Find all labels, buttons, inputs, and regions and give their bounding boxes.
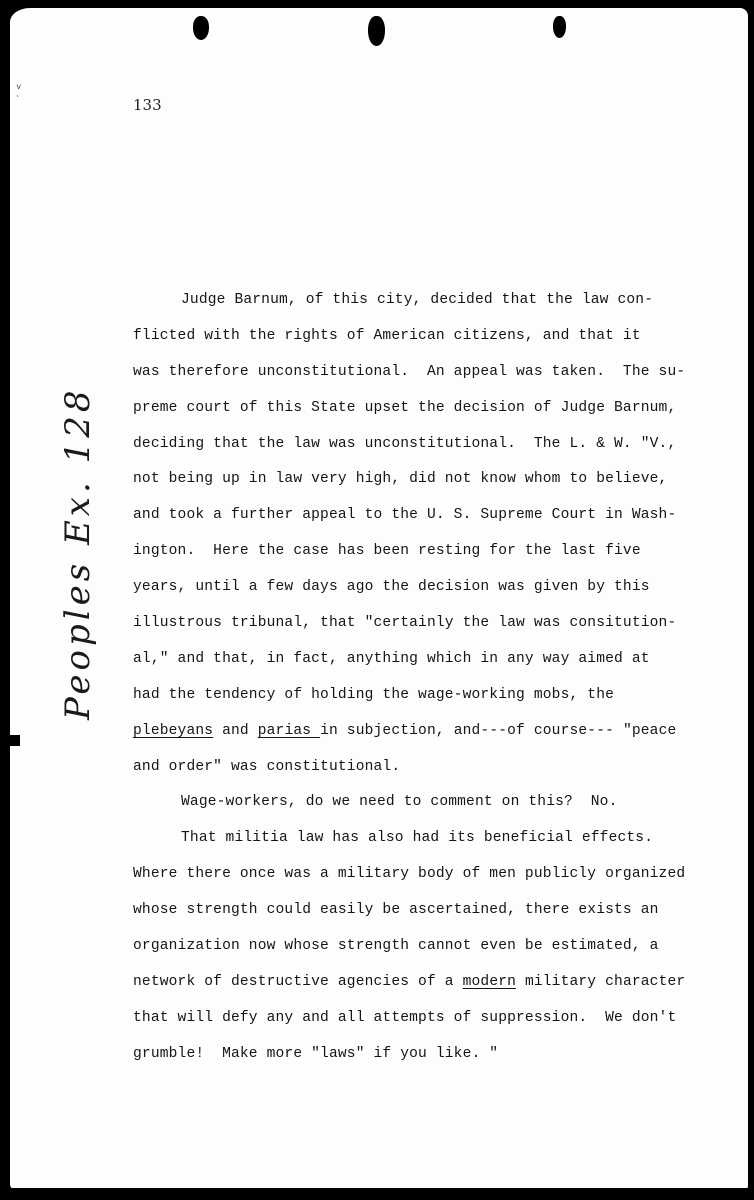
text-line: was therefore unconstitutional. An appea… [133,359,723,395]
typed-body-text: Judge Barnum, of this city, decided that… [133,287,723,1077]
scan-speck: ˅˴ [16,84,21,100]
scan-bottom-edge [0,1188,754,1200]
punch-hole-left [193,16,209,40]
text-line: al," and that, in fact, anything which i… [133,646,723,682]
text-line: years, until a few days ago the decision… [133,574,723,610]
underlined-word: plebeyans [133,723,213,739]
text-segment: and [213,723,258,739]
text-line: and order" was constitutional. [133,754,723,790]
text-segment: in subjection, and---of course--- "peace [320,723,676,739]
text-line: Where there once was a military body of … [133,861,723,897]
text-line: flicted with the rights of American citi… [133,323,723,359]
text-line: that will defy any and all attempts of s… [133,1005,723,1041]
underlined-word: modern [463,974,516,990]
text-line: plebeyans and parias in subjection, and-… [133,718,723,754]
text-line: preme court of this State upset the deci… [133,395,723,431]
text-line: Wage-workers, do we need to comment on t… [133,789,723,825]
text-line: network of destructive agencies of a mod… [133,969,723,1005]
text-line: grumble! Make more "laws" if you like. " [133,1041,723,1077]
punch-hole-right [553,16,566,38]
text-line: whose strength could easily be ascertain… [133,897,723,933]
text-segment: network of destructive agencies of a [133,974,463,990]
text-line: ington. Here the case has been resting f… [133,538,723,574]
text-line: Judge Barnum, of this city, decided that… [133,287,723,323]
text-line: organization now whose strength cannot e… [133,933,723,969]
underlined-word: parias [258,723,320,739]
text-line: deciding that the law was unconstitution… [133,431,723,467]
handwritten-exhibit-annotation: Peoples Ex. 128 [58,387,98,720]
text-line: and took a further appeal to the U. S. S… [133,502,723,538]
page-number: 133 [133,96,162,114]
text-line: not being up in law very high, did not k… [133,466,723,502]
binding-tab [10,735,20,746]
punch-hole-center [368,16,385,46]
text-line: That militia law has also had its benefi… [133,825,723,861]
text-segment: military character [516,974,685,990]
text-line: had the tendency of holding the wage-wor… [133,682,723,718]
text-line: illustrous tribunal, that "certainly the… [133,610,723,646]
